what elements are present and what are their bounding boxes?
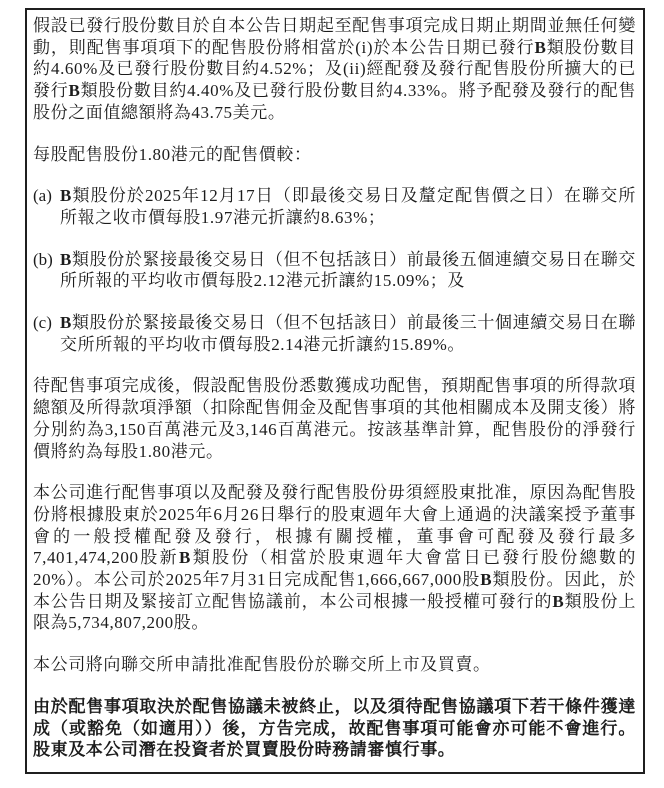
- bold-text-segment: B: [60, 313, 72, 332]
- list-marker: (b): [33, 249, 53, 271]
- text-segment: 待配售事項完成後，假設配售股份悉數獲成功配售，預期配售事項的所得款項總額及所得款…: [33, 376, 636, 460]
- bold-text-segment: B: [69, 81, 81, 100]
- paragraph-1: 假設已發行股份數目於自本公告日期起至配售事項完成日期止期間並無任何變動，則配售事…: [33, 15, 636, 124]
- bold-text-segment: B: [60, 250, 72, 269]
- paragraph-7: 本公司進行配售事項以及配發及發行配售股份毋須經股東批准，原因為配售股份將根據股東…: [33, 482, 636, 634]
- text-segment: 每股配售股份1.80港元的配售價較：: [33, 145, 312, 164]
- paragraph-8: 本公司將向聯交所申請批准配售股份於聯交所上市及買賣。: [33, 654, 636, 676]
- paragraph-9: 由於配售事項取決於配售協議未被終止，以及須待配售協議項下若干條件獲達成（或豁免（…: [33, 696, 636, 761]
- list-item-text: B類股份於緊接最後交易日（但不包括該日）前最後五個連續交易日在聯交所所報的平均收…: [60, 250, 636, 291]
- bold-text-segment: B: [552, 592, 564, 611]
- list-marker: (c): [33, 312, 52, 334]
- bold-text-segment: B: [60, 186, 72, 205]
- bold-text-segment: B: [480, 570, 492, 589]
- bold-text-segment: B: [179, 548, 191, 567]
- announcement-border-frame: 假設已發行股份數目於自本公告日期起至配售事項完成日期止期間並無任何變動，則配售事…: [25, 8, 645, 774]
- text-segment: 類股份數目約4.40%及已發行股份數目約4.33%。將予配發及發行的配售股份之面…: [33, 81, 636, 122]
- announcement-body: 假設已發行股份數目於自本公告日期起至配售事項完成日期止期間並無任何變動，則配售事…: [33, 15, 636, 768]
- list-item-text: B類股份於緊接最後交易日（但不包括該日）前最後三十個連續交易日在聯交所所報的平均…: [60, 313, 636, 354]
- text-segment: 類股份於緊接最後交易日（但不包括該日）前最後三十個連續交易日在聯交所所報的平均收…: [60, 313, 636, 354]
- list-item-a: (a)B類股份於2025年12月17日（即最後交易日及釐定配售價之日）在聯交所所…: [33, 185, 636, 228]
- paragraph-2: 每股配售股份1.80港元的配售價較：: [33, 144, 636, 166]
- paragraph-6: 待配售事項完成後，假設配售股份悉數獲成功配售，預期配售事項的所得款項總額及所得款…: [33, 375, 636, 462]
- list-item-text: B類股份於2025年12月17日（即最後交易日及釐定配售價之日）在聯交所所報之收…: [60, 186, 636, 227]
- list-marker: (a): [33, 185, 52, 207]
- text-segment: 類股份於緊接最後交易日（但不包括該日）前最後五個連續交易日在聯交所所報的平均收市…: [60, 250, 636, 291]
- list-item-c: (c)B類股份於緊接最後交易日（但不包括該日）前最後三十個連續交易日在聯交所所報…: [33, 312, 636, 355]
- list-item-b: (b)B類股份於緊接最後交易日（但不包括該日）前最後五個連續交易日在聯交所所報的…: [33, 249, 636, 292]
- text-segment: 類股份於2025年12月17日（即最後交易日及釐定配售價之日）在聯交所所報之收市…: [60, 186, 636, 227]
- bold-text-segment: B: [535, 38, 547, 57]
- text-segment: 本公司將向聯交所申請批准配售股份於聯交所上市及買賣。: [33, 655, 491, 674]
- text-segment: 由於配售事項取決於配售協議未被終止，以及須待配售協議項下若干條件獲達成（或豁免（…: [33, 697, 636, 759]
